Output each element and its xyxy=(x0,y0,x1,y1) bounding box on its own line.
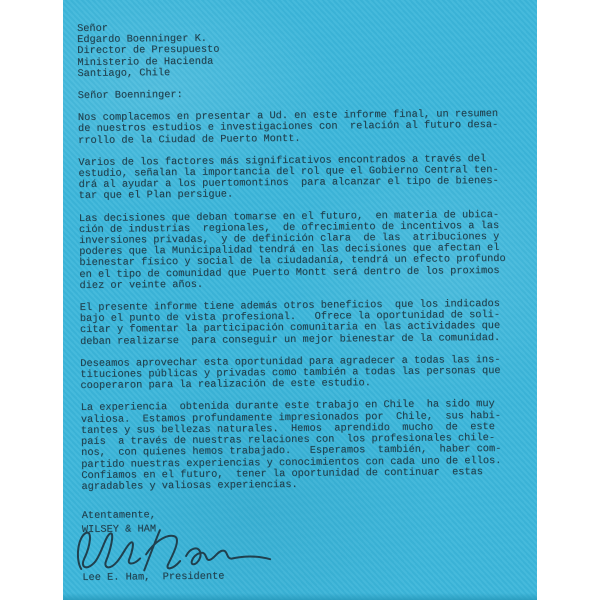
paragraph-thanks: Deseamos aprovechar esta oportunidad par… xyxy=(80,355,518,393)
paragraph-factors: Varios de los factores más significativo… xyxy=(78,154,516,203)
closing-salutation: Atentamente, xyxy=(82,507,520,522)
scanned-letter-page: { "colors": { "paper": "#3cb6da", "paper… xyxy=(0,0,600,600)
letter-body: Señor Edgardo Boenninger K. Director de … xyxy=(77,20,520,584)
signature-area xyxy=(82,532,520,572)
salutation: Señor Boenninger: xyxy=(78,87,516,102)
paragraph-benefits: El presente informe tiene además otros b… xyxy=(80,299,518,348)
paper-bottom-edge xyxy=(63,593,537,600)
paragraph-introduction: Nos complacemos en presentar a Ud. en es… xyxy=(78,109,516,147)
recipient-address: Señor Edgardo Boenninger K. Director de … xyxy=(77,20,516,80)
paragraph-experience: La experiencia obtenida durante este tra… xyxy=(81,399,520,493)
paragraph-decisions: Las decisiones que deban tomarse en el f… xyxy=(79,209,518,292)
blue-letter-paper: Señor Edgardo Boenninger K. Director de … xyxy=(63,0,537,600)
